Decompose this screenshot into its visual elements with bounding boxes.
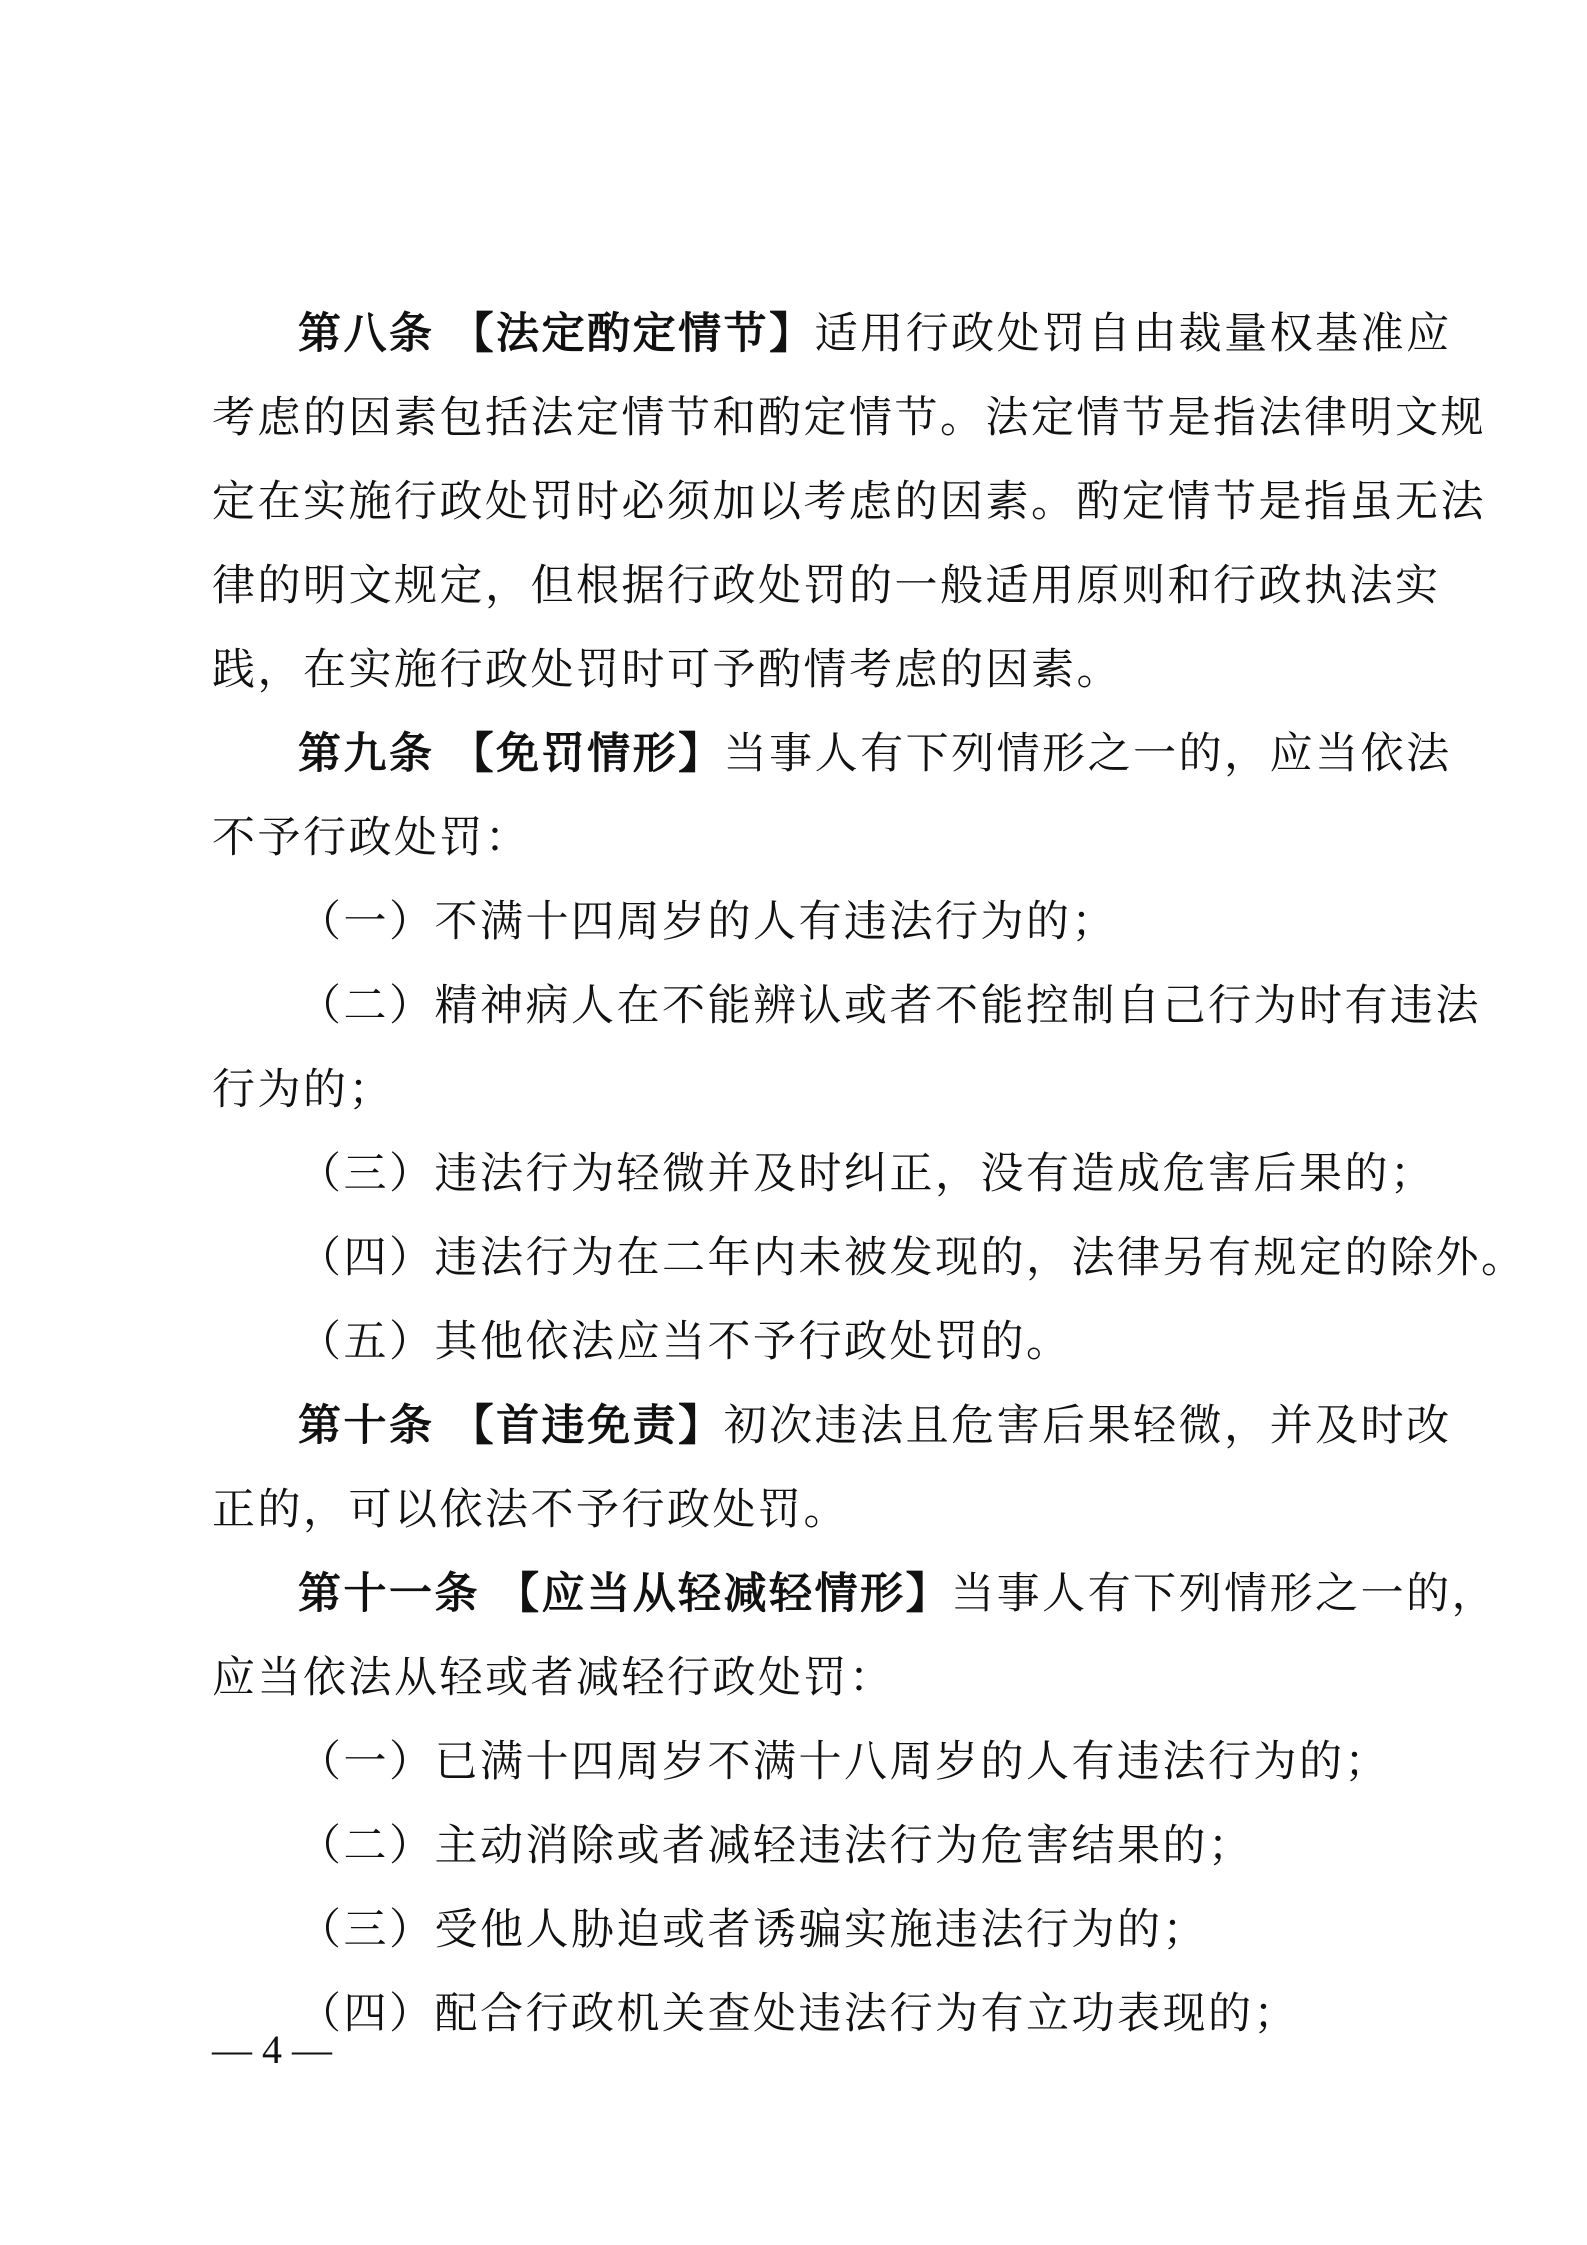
document-page: 第八条 【法定酌定情节】适用行政处罚自由裁量权基准应 考虑的因素包括法定情节和酌… — [212, 292, 1392, 2056]
article-text-line: 应当依法从轻或者减轻行政处罚： — [212, 1636, 1392, 1720]
article-text-line: 践，在实施行政处罚时可予酌情考虑的因素。 — [212, 628, 1392, 712]
article-11-first-line: 第十一条 【应当从轻减轻情形】当事人有下列情形之一的， — [212, 1552, 1392, 1636]
article-text-line: 正的，可以依法不予行政处罚。 — [212, 1468, 1392, 1552]
article-number: 第十条 — [298, 1401, 435, 1451]
article-text-line: 不予行政处罚： — [212, 796, 1392, 880]
article-text: 当事人有下列情形之一的，应当依法 — [724, 729, 1452, 779]
article-title: 【免罚情形】 — [451, 729, 724, 779]
article-title: 【应当从轻减轻情形】 — [496, 1569, 951, 1619]
list-item: （一）已满十四周岁不满十八周岁的人有违法行为的； — [212, 1720, 1392, 1804]
list-item: （四）违法行为在二年内未被发现的，法律另有规定的除外。 — [212, 1216, 1392, 1300]
article-text: 初次违法且危害后果轻微，并及时改 — [724, 1401, 1452, 1451]
list-item-continuation: 行为的； — [212, 1048, 1392, 1132]
list-item: （三）受他人胁迫或者诱骗实施违法行为的； — [212, 1888, 1392, 1972]
article-8-first-line: 第八条 【法定酌定情节】适用行政处罚自由裁量权基准应 — [212, 292, 1392, 376]
article-text-line: 定在实施行政处罚时必须加以考虑的因素。酌定情节是指虽无法 — [212, 460, 1392, 544]
article-number: 第十一条 — [298, 1569, 480, 1619]
article-text-line: 律的明文规定，但根据行政处罚的一般适用原则和行政执法实 — [212, 544, 1392, 628]
article-10-first-line: 第十条 【首违免责】初次违法且危害后果轻微，并及时改 — [212, 1384, 1392, 1468]
article-number: 第八条 — [298, 309, 435, 359]
list-item: （一）不满十四周岁的人有违法行为的； — [212, 880, 1392, 964]
article-title: 【首违免责】 — [451, 1401, 724, 1451]
article-9-first-line: 第九条 【免罚情形】当事人有下列情形之一的，应当依法 — [212, 712, 1392, 796]
article-number: 第九条 — [298, 729, 435, 779]
list-item: （四）配合行政机关查处违法行为有立功表现的； — [212, 1972, 1392, 2056]
article-text: 适用行政处罚自由裁量权基准应 — [815, 309, 1452, 359]
list-item: （二）主动消除或者减轻违法行为危害结果的； — [212, 1804, 1392, 1888]
article-text: 当事人有下列情形之一的， — [951, 1569, 1497, 1619]
article-title: 【法定酌定情节】 — [451, 309, 815, 359]
list-item: （三）违法行为轻微并及时纠正，没有造成危害后果的； — [212, 1132, 1392, 1216]
list-item: （二）精神病人在不能辨认或者不能控制自己行为时有违法 — [212, 964, 1392, 1048]
article-text-line: 考虑的因素包括法定情节和酌定情节。法定情节是指法律明文规 — [212, 376, 1392, 460]
list-item: （五）其他依法应当不予行政处罚的。 — [212, 1300, 1392, 1384]
page-number: — 4 — — [212, 2025, 332, 2075]
